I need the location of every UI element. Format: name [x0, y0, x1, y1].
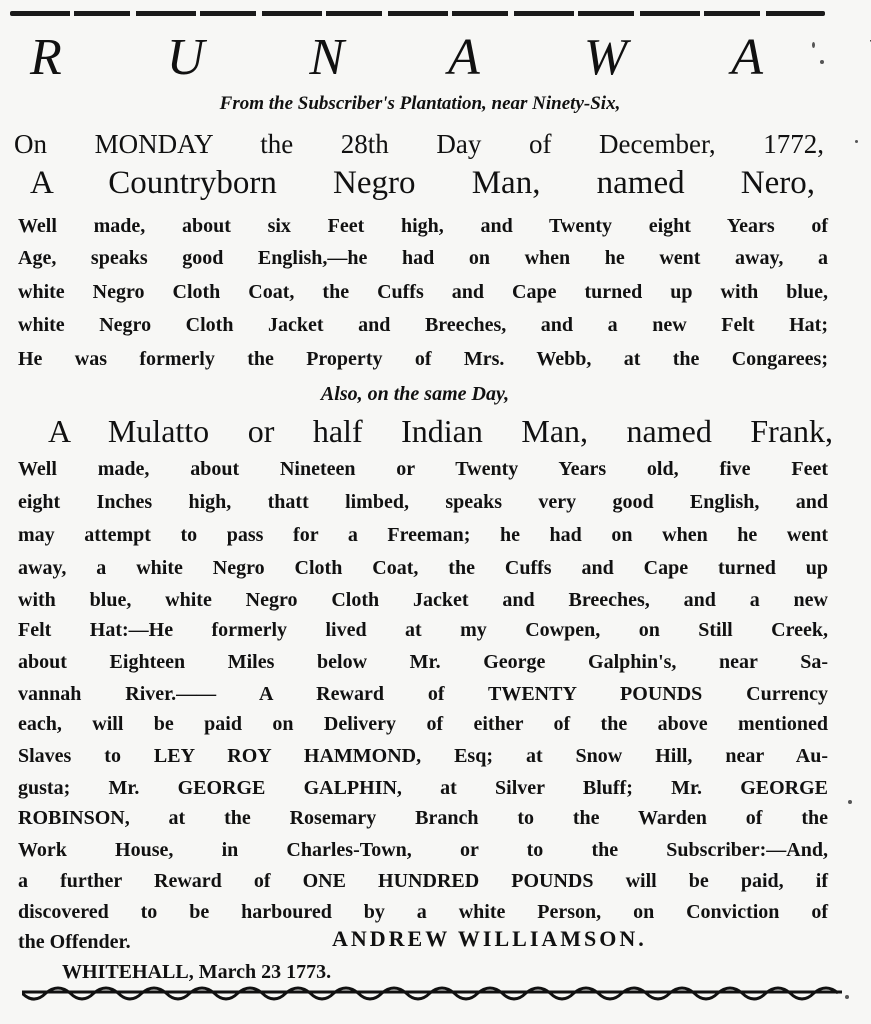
second-description-line: ROBINSON, at the Rosemary Branch to the …: [18, 808, 828, 828]
second-description-line: a further Reward of ONE HUNDRED POUNDS w…: [18, 871, 828, 891]
scan-speck: [812, 42, 815, 48]
newspaper-advertisement: R U N A W A Y, From the Subscriber's Pla…: [0, 0, 871, 1024]
second-description-line: with blue, white Negro Cloth Jacket and …: [18, 590, 828, 610]
top-divider-rule: [10, 11, 825, 16]
second-description-line: vannah River.—— A Reward of TWENTY POUND…: [18, 684, 828, 704]
first-description-line: Well made, about six Feet high, and Twen…: [18, 216, 828, 236]
second-description-line: Felt Hat:—He formerly lived at my Cowpen…: [18, 620, 828, 640]
scan-speck: [820, 60, 824, 64]
second-description-line: gusta; Mr. GEORGE GALPHIN, at Silver Blu…: [18, 778, 828, 798]
second-description-line: away, a white Negro Cloth Coat, the Cuff…: [18, 558, 828, 578]
second-description-line: Work House, in Charles-Town, or to the S…: [18, 840, 828, 860]
second-description-line: Well made, about Nineteen or Twenty Year…: [18, 459, 828, 479]
escape-date-line: On MONDAY the 28th Day of December, 1772…: [14, 131, 824, 158]
first-description-line: Age, speaks good English,—he had on when…: [18, 248, 828, 268]
subheading: From the Subscriber's Plantation, near N…: [110, 94, 730, 113]
scan-speck: [848, 800, 852, 804]
second-description-line: discovered to be harboured by a white Pe…: [18, 902, 828, 922]
ornamental-bottom-rule: [22, 985, 842, 1003]
second-description-line: about Eighteen Miles below Mr. George Ga…: [18, 652, 828, 672]
first-description-line: He was formerly the Property of Mrs. Web…: [18, 349, 828, 369]
ad-title: R U N A W A Y,: [30, 28, 820, 88]
signature: ANDREW WILLIAMSON.: [332, 928, 802, 950]
closing-phrase: the Offender.: [18, 932, 131, 952]
dateline: WHITEHALL, March 23 1773.: [62, 962, 331, 982]
scan-speck: [845, 995, 849, 999]
first-description-line: white Negro Cloth Coat, the Cuffs and Ca…: [18, 282, 828, 302]
second-description-line: may attempt to pass for a Freeman; he ha…: [18, 525, 828, 545]
first-person-heading: A Countryborn Negro Man, named Nero,: [30, 167, 815, 200]
first-description-line: white Negro Cloth Jacket and Breeches, a…: [18, 315, 828, 335]
second-description-line: each, will be paid on Delivery of either…: [18, 714, 828, 734]
second-description-line: eight Inches high, thatt limbed, speaks …: [18, 492, 828, 512]
second-description-line: Slaves to LEY ROY HAMMOND, Esq; at Snow …: [18, 746, 828, 766]
also-line: Also, on the same Day,: [270, 384, 560, 404]
second-person-heading: A Mulatto or half Indian Man, named Fran…: [48, 415, 833, 447]
scan-speck: [855, 140, 858, 143]
